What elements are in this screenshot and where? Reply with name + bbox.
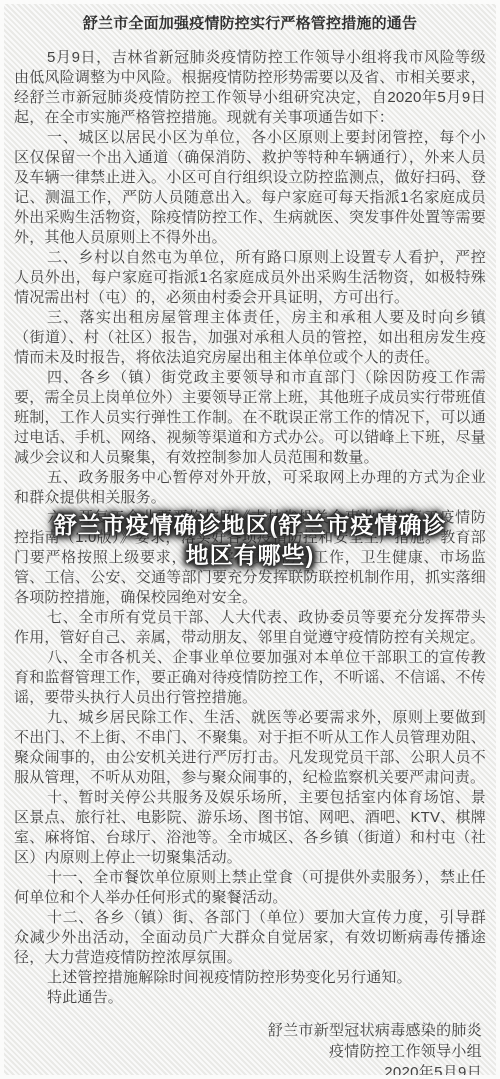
watermark-headline: 舒兰市疫情确诊地区(舒兰市疫情确诊 地区有哪些) — [4, 510, 496, 570]
notice-item-2: 二、乡村以自然屯为单位，所有路口原则上设置专人看护，严控人员外出，每户家庭可指派… — [14, 248, 486, 308]
watermark-headline-line1: 舒兰市疫情确诊地区(舒兰市疫情确诊 — [4, 510, 496, 540]
notice-item-1: 一、城区以居民小区为单位，各小区原则上要封闭管控，每个小区仅保留一个出入通道（确… — [14, 128, 486, 248]
notice-item-11: 十一、全市餐饮单位原则上禁止堂食（可提供外卖服务），禁止任何单位和个人举办任何形… — [14, 868, 486, 908]
notice-intro-paragraph: 5月9日，吉林省新冠肺炎疫情防控工作领导小组将我市风险等级由低风险调整为中风险。… — [14, 48, 486, 128]
notice-item-5: 五、政务服务中心暂停对外开放，可采取网上办理的方式为企业和群众提供相关服务。 — [14, 468, 486, 508]
notice-closing-statement: 特此通告。 — [14, 988, 486, 1008]
notice-item-7: 七、全市所有党员干部、人大代表、政协委员等要充分发挥带头作用，管好自己、亲属，带… — [14, 608, 486, 648]
notice-item-8: 八、全市各机关、企事业单位要加强对本单位干部职工的宣传教育和监督管理工作，要正确… — [14, 648, 486, 708]
notice-page: 舒兰市全面加强疫情防控实行严格管控措施的通告 5月9日，吉林省新冠肺炎疫情防控工… — [0, 0, 500, 1079]
signature-block: 舒兰市新型冠状病毒感染的肺炎 疫情防控工作领导小组 2020年5月9日 — [14, 1020, 486, 1079]
watermark-headline-line2: 地区有哪些) — [4, 540, 496, 570]
notice-item-10: 十、暂时关停公共服务及娱乐场所，主要包括室内体育场馆、景区景点、旅行社、电影院、… — [14, 788, 486, 868]
notice-item-4: 四、各乡（镇）街党政主要领导和市直部门（除因防疫工作需要，需全员上岗单位外）主要… — [14, 368, 486, 468]
signature-date: 2020年5月9日 — [14, 1062, 482, 1079]
signature-org-line1: 舒兰市新型冠状病毒感染的肺炎 — [14, 1020, 482, 1041]
notice-item-9: 九、城乡居民除工作、生活、就医等必要需求外，原则上要做到不出门、不上街、不串门、… — [14, 708, 486, 788]
notice-item-3: 三、落实出租房屋管理主体责任，房主和承租人要及时向乡镇（街道）、村（社区）报告，… — [14, 308, 486, 368]
notice-closing-note: 上述管控措施解除时间视疫情防控形势变化另行通知。 — [14, 968, 486, 988]
signature-org-line2: 疫情防控工作领导小组 — [14, 1041, 482, 1062]
notice-title: 舒兰市全面加强疫情防控实行严格管控措施的通告 — [14, 13, 486, 35]
notice-item-12: 十二、各乡（镇）街、各部门（单位）要加大宣传力度，引导群众减少外出活动，全面动员… — [14, 908, 486, 968]
